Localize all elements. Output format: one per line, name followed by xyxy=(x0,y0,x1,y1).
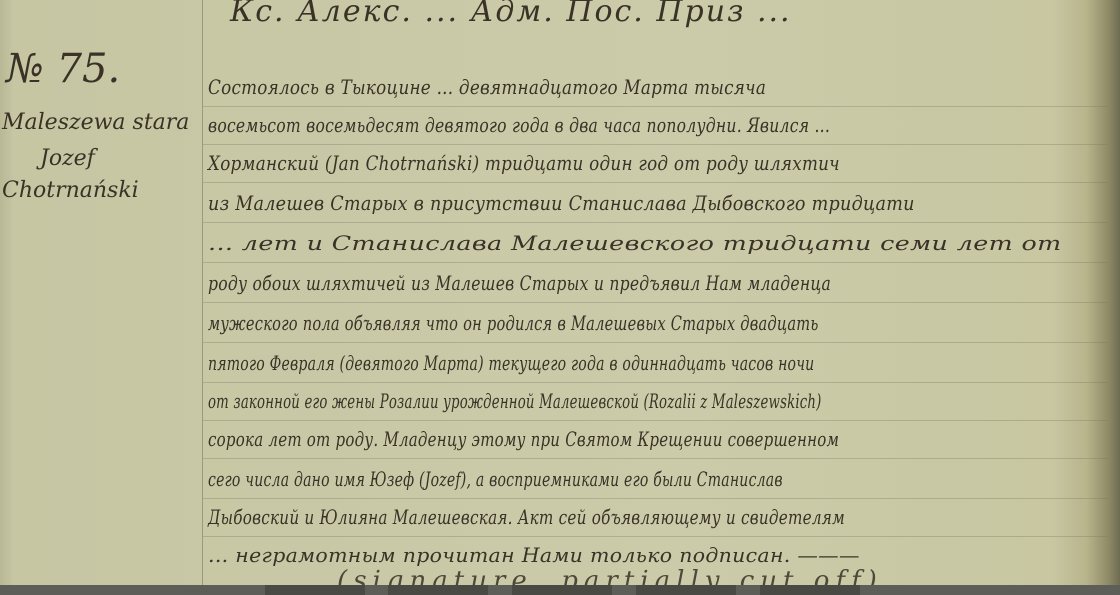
body-line: от законной его жены Розалии урожденной … xyxy=(208,390,822,413)
body-line: из Малешев Старых в присутствии Станисла… xyxy=(208,192,915,215)
bar-segment xyxy=(512,585,612,595)
viewer-bottom-bar xyxy=(0,585,1120,595)
scanned-register-page: Кс. Алекс. ... Адм. Пос. Приз ... № 75. … xyxy=(0,0,1120,585)
ruled-line xyxy=(203,222,1108,223)
ruled-line xyxy=(203,536,1108,537)
body-line: сего числа дано имя Юзеф (Jozef), а восп… xyxy=(208,468,783,491)
bar-segment xyxy=(265,585,365,595)
ruled-line xyxy=(203,302,1108,303)
body-line: пятого Февраля (девятого Марта) текущего… xyxy=(208,352,814,375)
body-line: Дыбовский и Юлияна Малешевская. Акт сей … xyxy=(208,506,845,529)
ruled-line xyxy=(203,262,1108,263)
bar-segment xyxy=(388,585,488,595)
body-line: восемьсот восемьдесят девятого года в дв… xyxy=(208,114,830,137)
body-line: ... лет и Станислава Малешевского тридца… xyxy=(208,232,1062,255)
ruled-line xyxy=(203,382,1108,383)
bar-segment xyxy=(760,585,860,595)
page-header: Кс. Алекс. ... Адм. Пос. Приз ... xyxy=(230,0,792,29)
ruled-line xyxy=(203,420,1108,421)
ruled-line xyxy=(203,182,1108,183)
margin-given-name: Jozef xyxy=(40,146,95,171)
margin-surname: Chotrnański xyxy=(2,178,139,203)
body-line: Состоялось в Тыкоцине ... девятнадцатого… xyxy=(208,76,766,99)
body-line: ... неграмотным прочитан Нами только под… xyxy=(208,544,860,567)
body-line: сорока лет от роду. Младенцу этому при С… xyxy=(208,428,839,451)
bar-segment xyxy=(636,585,736,595)
ruled-line xyxy=(203,106,1108,107)
body-line: мужеского пола объявляя что он родился в… xyxy=(208,312,819,335)
body-line: Хорманский (Jan Chotrnański) тридцати од… xyxy=(208,152,840,175)
body-line: роду обоих шляхтичей из Малешев Старых и… xyxy=(208,272,831,295)
ruled-line xyxy=(203,144,1108,145)
record-number: № 75. xyxy=(6,46,120,92)
ruled-line xyxy=(203,498,1108,499)
ruled-line xyxy=(203,458,1108,459)
margin-village: Maleszewa stara xyxy=(2,110,189,135)
ruled-line xyxy=(203,342,1108,343)
